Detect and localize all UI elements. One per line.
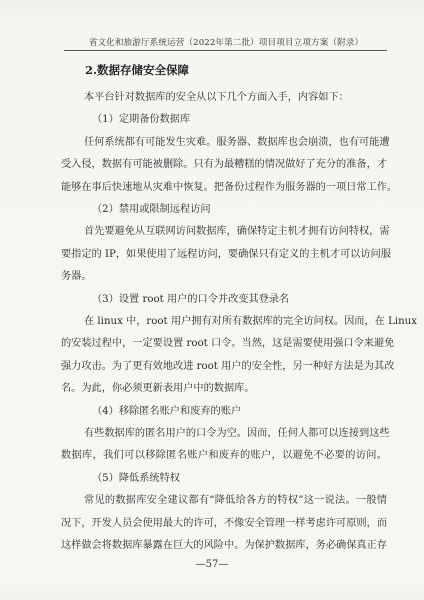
paragraph-line: 况下，开发人员会使用最大的许可，不像安全管理一样考虑许可原则，而 xyxy=(61,517,387,531)
paragraph-line: 受入侵，数据有可能被删除。只有为最糟糕的情况做好了充分的准备，才 xyxy=(61,158,387,172)
paragraph-line: 常见的数据库安全建议都有“降低给各方的特权”这一说法。一般情 xyxy=(84,494,387,508)
paragraph-line: 有些数据库的匿名用户的口令为空。因而，任何人都可以连接到这些 xyxy=(84,427,387,441)
page-number: —57— xyxy=(0,559,424,570)
paragraph-line: 强力攻击。为了更有效地改进 root 用户的安全性，另一种好方法是为其改 xyxy=(61,360,387,374)
paragraph-line: 能够在事后快速地从灾难中恢复。把备份过程作为服务器的一项日常工作。 xyxy=(61,181,387,195)
paragraph-line: 数据库，我们可以移除匿名账户和废弃的账户，以避免不必要的访问。 xyxy=(61,449,387,463)
paragraph-line: 名。为此，你必须更新表用户中的数据库。 xyxy=(61,382,387,396)
subsection-heading: （5）降低系统特权 xyxy=(92,472,180,486)
header-divider xyxy=(64,50,387,51)
paragraph-line: 务器。 xyxy=(61,270,387,284)
paragraph-line: 的安装过程中，一定要设置 root 口令。当然，这是需要使用强口令来避免 xyxy=(61,337,387,351)
subsection-heading: （1）定期备份数据库 xyxy=(92,113,190,127)
section-title: 2.数据存储安全保障 xyxy=(85,62,189,78)
paragraph-line: 在 linux 中，root 用户拥有对所有数据库的完全访问权。因而，在 Lin… xyxy=(84,315,387,329)
paragraph-line: 本平台针对数据库的安全从以下几个方面入手，内容如下： xyxy=(84,91,387,105)
subsection-heading: （3）设置 root 用户的口令并改变其登录名 xyxy=(92,293,289,307)
running-header: 省文化和旅游厅系统运营（2022年第二批）项目项目立项方案（附录） xyxy=(66,36,386,48)
document-page: 省文化和旅游厅系统运营（2022年第二批）项目项目立项方案（附录） 2.数据存储… xyxy=(0,0,424,600)
paragraph-line: 任何系统都有可能发生灾难。服务器、数据库也会崩溃，也有可能遭 xyxy=(84,136,387,150)
subsection-heading: （2）禁用或限制远程访问 xyxy=(92,203,211,217)
subsection-heading: （4）移除匿名账户和废弃的账户 xyxy=(92,405,241,419)
paragraph-line: 这样做会将数据库暴露在巨大的风险中。为保护数据库，务必确保真正存 xyxy=(61,539,387,553)
paragraph-line: 首先要避免从互联网访问数据库，确保特定主机才拥有访问特权，需 xyxy=(84,225,387,239)
paragraph-line: 要指定的 IP，如果使用了远程访问，要确保只有定义的主机才可以访问服 xyxy=(61,248,387,262)
